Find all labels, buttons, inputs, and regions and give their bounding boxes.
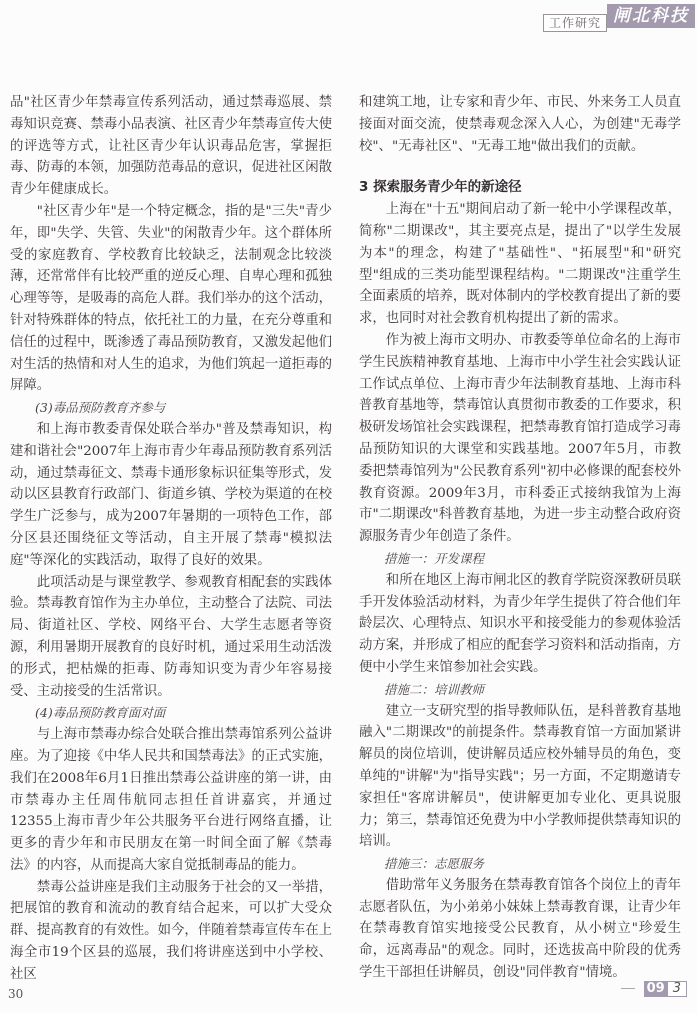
- subheading: 措施三：志愿服务: [359, 853, 681, 875]
- paragraph: 作为被上海市文明办、市教委等单位命名的上海市学生民族精神教育基地、上海市中小学生…: [359, 330, 681, 548]
- page-header: 工作研究 闸北科技: [543, 6, 695, 32]
- paragraph: 和建筑工地，让专家和青少年、市民、外来务工人员直接面对面交流，使禁毒观念深入人心…: [359, 92, 681, 157]
- journal-logo: 闸北科技: [607, 4, 695, 28]
- left-column: 品"社区青少年禁毒宣传系列活动，通过禁毒巡展、禁毒知识竞赛、禁毒小品表演、社区青…: [10, 92, 332, 986]
- issue-number: 3: [668, 981, 687, 997]
- paragraph: 品"社区青少年禁毒宣传系列活动，通过禁毒巡展、禁毒知识竞赛、禁毒小品表演、社区青…: [10, 92, 332, 201]
- subheading: (4)毒品预防教育面对面: [10, 702, 332, 724]
- issue-year: 09: [644, 981, 668, 997]
- paragraph: "社区青少年"是一个特定概念，指的是"三失"青少年，即"失学、失管、失业"的闲散…: [10, 201, 332, 397]
- paragraph: 禁毒公益讲座是我们主动服务于社会的又一举措，把展馆的教育和流动的教育结合起来，可…: [10, 877, 332, 986]
- paragraph: 上海在"十五"期间启动了新一轮中小学课程改革，简称"二期课改"，其主要亮点是，提…: [359, 199, 681, 330]
- paragraph: 建立一支研究型的指导教师队伍，是科普教育基地融入"二期课改"的前提条件。禁毒教育…: [359, 701, 681, 854]
- subheading: 措施一：开发课程: [359, 548, 681, 570]
- footer-rule: [621, 988, 635, 989]
- subheading: 措施二：培训教师: [359, 679, 681, 701]
- issue-badge: 09 3: [644, 981, 687, 997]
- paragraph: 此项活动是与课堂教学、参观教育相配套的实践体验。禁毒教育馆作为主办单位，主动整合…: [10, 572, 332, 703]
- paragraph: 和所在地区上海市闸北区的教育学院资深教研员联手开发体验活动材料，为青少年学生提供…: [359, 570, 681, 679]
- page-number: 30: [8, 987, 23, 1001]
- paragraph: 和上海市教委青保处联合举办"普及禁毒知识，构建和谐社会"2007年上海市青少年毒…: [10, 419, 332, 572]
- section-heading: 3 探索服务青少年的新途径: [359, 177, 681, 199]
- section-tag: 工作研究: [543, 14, 607, 32]
- paragraph: 借助常年义务服务在禁毒教育馆各个岗位上的青年志愿者队伍，为小弟弟小妹妹上禁毒教育…: [359, 875, 681, 984]
- right-column: 和建筑工地，让专家和青少年、市民、外来务工人员直接面对面交流，使禁毒观念深入人心…: [359, 92, 681, 984]
- subheading: (3)毒品预防教育齐参与: [10, 397, 332, 419]
- paragraph: 与上海市禁毒办综合处联合推出禁毒馆系列公益讲座。为了迎接《中华人民共和国禁毒法》…: [10, 724, 332, 877]
